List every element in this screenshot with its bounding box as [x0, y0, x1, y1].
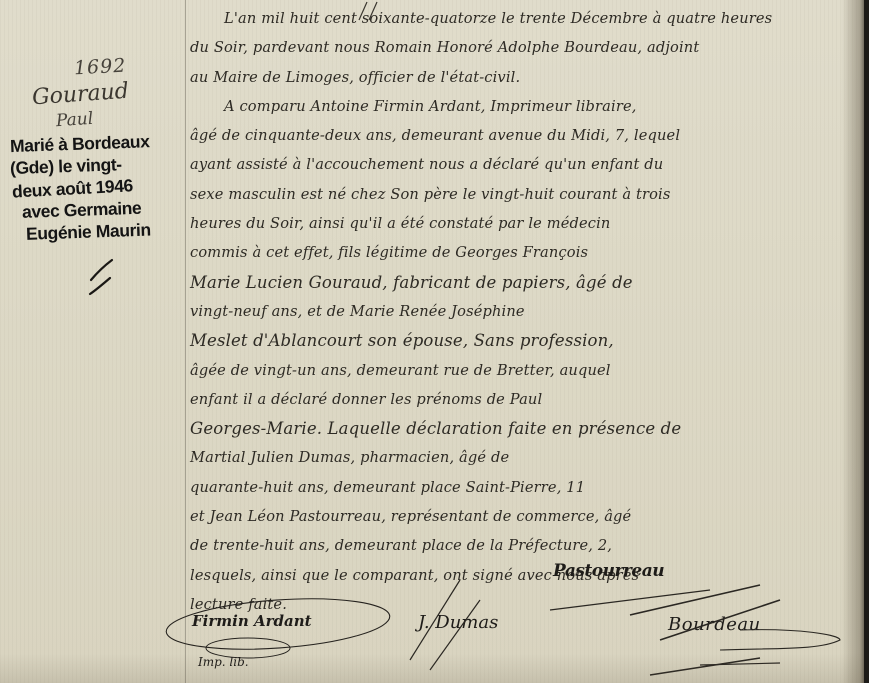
record-line: enfant il a déclaré donner les prénoms d…	[190, 385, 840, 414]
record-line: au Maire de Limoges, officier de l'état-…	[190, 63, 840, 92]
record-line: âgé de cinquante-deux ans, demeurant ave…	[190, 121, 840, 150]
binding-edge	[864, 0, 869, 683]
record-line: heures du Soir, ainsi qu'il a été consta…	[190, 209, 840, 238]
marriage-annotation: Marié à Bordeaux (Gde) le vingt- deux ao…	[8, 132, 188, 242]
entry-number: 1692	[73, 55, 126, 80]
record-line: vingt-neuf ans, et de Marie Renée Joséph…	[190, 297, 840, 326]
margin-rule-line	[185, 0, 186, 683]
record-line: ayant assisté à l'accouchement nous a dé…	[190, 150, 840, 179]
record-line: sexe masculin est né chez Son père le vi…	[190, 180, 840, 209]
record-line: âgée de vingt-un ans, demeurant rue de B…	[190, 356, 840, 385]
record-line: Georges-Marie. Laquelle déclaration fait…	[190, 414, 840, 443]
margin-given-name: Paul	[55, 109, 94, 132]
margin-check-mark-icon	[88, 258, 114, 296]
record-line: Marie Lucien Gouraud, fabricant de papie…	[190, 268, 840, 297]
register-page: 1692 Gouraud Paul Marié à Bordeaux (Gde)…	[0, 0, 869, 683]
signature-ardant: Firmin Ardant	[192, 612, 312, 630]
record-line: quarante-huit ans, demeurant place Saint…	[190, 473, 840, 502]
page-edge-shadow	[840, 0, 864, 683]
page-bottom-shadow	[0, 653, 869, 683]
marriage-annotation-line: Eugénie Maurin	[26, 217, 189, 245]
record-line: L'an mil huit cent soixante-quatorze le …	[190, 4, 840, 33]
record-line: Martial Julien Dumas, pharmacien, âgé de	[190, 443, 840, 472]
record-line: Meslet d'Ablancourt son épouse, Sans pro…	[190, 326, 840, 355]
record-line: A comparu Antoine Firmin Ardant, Imprime…	[190, 92, 840, 121]
record-line: du Soir, pardevant nous Romain Honoré Ad…	[190, 33, 840, 62]
record-line: commis à cet effet, fils légitime de Geo…	[190, 238, 840, 267]
margin-surname: Gouraud	[31, 79, 129, 111]
margin-column: 1692 Gouraud Paul Marié à Bordeaux (Gde)…	[0, 0, 184, 683]
record-body: L'an mil huit cent soixante-quatorze le …	[190, 4, 840, 619]
record-line: et Jean Léon Pastourreau, représentant d…	[190, 502, 840, 531]
